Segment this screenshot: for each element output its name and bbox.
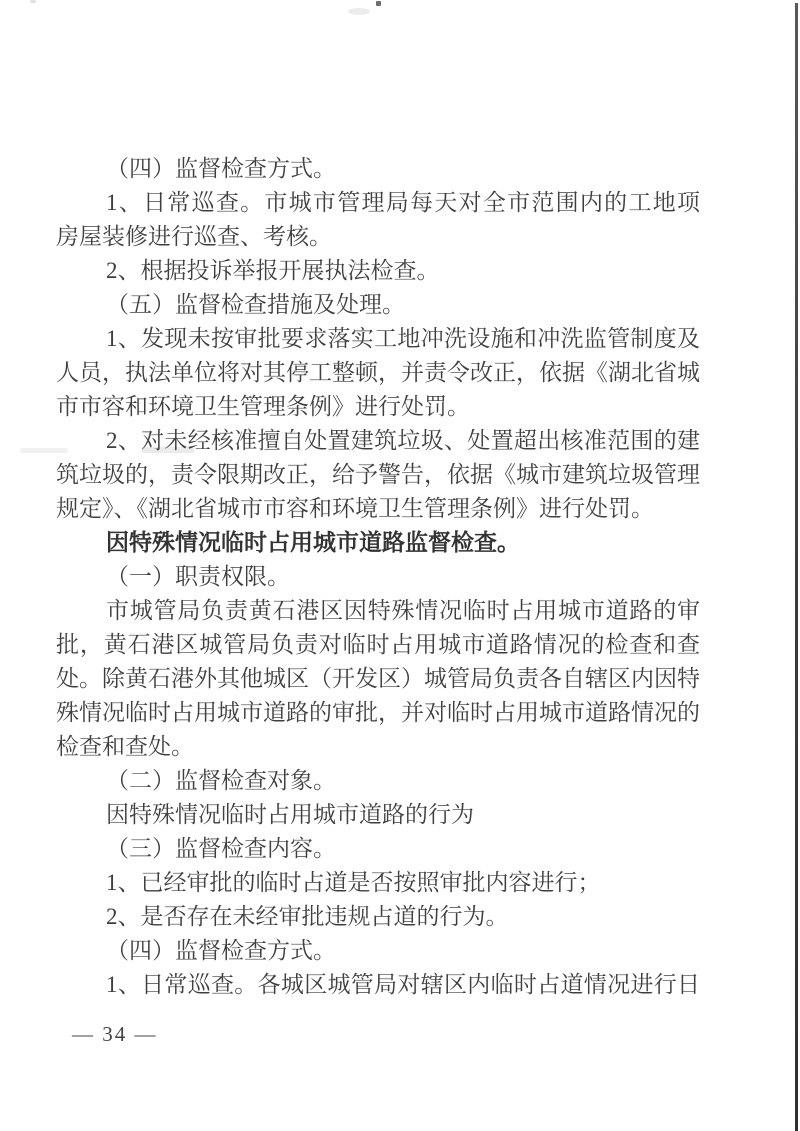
text-line: 房屋装修进行巡查、考核。 [56, 220, 700, 254]
text-line: 2、根据投诉举报开展执法检查。 [56, 254, 700, 288]
text-line: 1、已经审批的临时占道是否按照审批内容进行； [56, 866, 700, 900]
text-line: 1、日常巡查。各城区城管局对辖区内临时占道情况进行日 [56, 968, 700, 1002]
text-line: 2、对未经核准擅自处置建筑垃圾、处置超出核准范围的建 [56, 424, 700, 458]
text-line: 人员，执法单位将对其停工整顿，并责令改正，依据《湖北省城 [56, 356, 700, 390]
text-line: 筑垃圾的，责令限期改正，给予警告，依据《城市建筑垃圾管理 [56, 458, 700, 492]
text-line: 处。除黄石港外其他城区（开发区）城管局负责各自辖区内因特 [56, 662, 700, 696]
text-line: 市市容和环境卫生管理条例》进行处罚。 [56, 390, 700, 424]
text-line: 1、发现未按审批要求落实工地冲洗设施和冲洗监管制度及 [56, 322, 700, 356]
text-line: 殊情况临时占用城市道路的审批，并对临时占用城市道路情况的 [56, 696, 700, 730]
scan-speck [376, 1, 381, 6]
text-line: （四）监督检查方式。 [56, 934, 700, 968]
scan-speck [30, 0, 36, 3]
text-line: （一）职责权限。 [56, 560, 700, 594]
page-number: — 34 — [72, 1022, 158, 1047]
text-line: 市城管局负责黄石港区因特殊情况临时占用城市道路的审 [56, 594, 700, 628]
text-line: 2、是否存在未经审批违规占道的行为。 [56, 900, 700, 934]
text-line: 因特殊情况临时占用城市道路的行为 [56, 798, 700, 832]
scan-smudge [348, 8, 370, 15]
text-line: （三）监督检查内容。 [56, 832, 700, 866]
scan-edge-line [795, 3, 798, 1131]
document-body: （四）监督检查方式。 1、日常巡查。市城市管理局每天对全市范围内的工地项目、 房… [56, 152, 700, 1002]
section-heading: 因特殊情况临时占用城市道路监督检查。 [56, 526, 700, 560]
document-page: （四）监督检查方式。 1、日常巡查。市城市管理局每天对全市范围内的工地项目、 房… [0, 0, 800, 1131]
text-line: （二）监督检查对象。 [56, 764, 700, 798]
text-line: 批，黄石港区城管局负责对临时占用城市道路情况的检查和查 [56, 628, 700, 662]
text-line: （四）监督检查方式。 [56, 152, 700, 186]
text-line: 规定》、《湖北省城市市容和环境卫生管理条例》进行处罚。 [56, 492, 700, 526]
text-line: 检查和查处。 [56, 730, 700, 764]
text-line: 1、日常巡查。市城市管理局每天对全市范围内的工地项目、 [56, 186, 700, 220]
text-line: （五）监督检查措施及处理。 [56, 288, 700, 322]
